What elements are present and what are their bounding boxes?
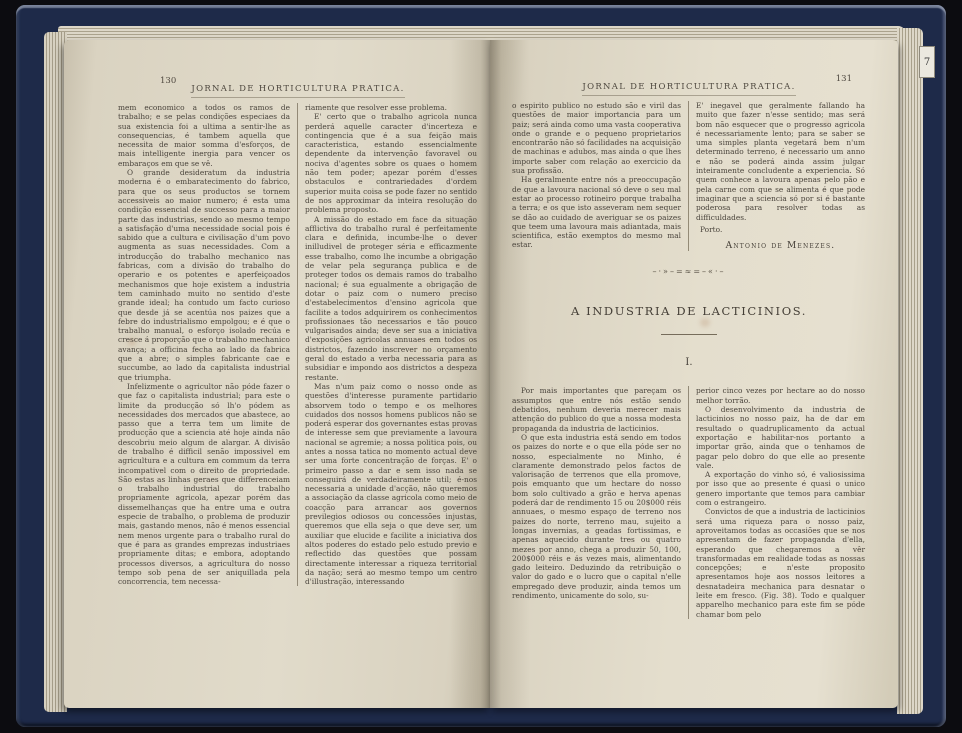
fore-edge-label: 7 [919,46,935,78]
paragraph: o espirito publico no estudo são e viril… [512,101,681,175]
article-1-columns: o espirito publico no estudo são e viril… [512,101,866,251]
paragraph: O desenvolvimento da industria de lactic… [696,405,865,470]
left-page-column-1: mem economico a todos os ramos de trabal… [118,103,290,586]
paragraph: Por mais importantes que pareçam os assu… [512,386,681,432]
article-2-title: A INDUSTRIA DE LACTICINIOS. [512,304,866,318]
paragraph: riamente que resolver esse problema. [305,103,477,112]
article-1-column-2: E' inegavel que geralmente fallando ha m… [696,101,865,251]
right-page-content: JORNAL DE HORTICULTURA PRATICA. 131 o es… [512,74,866,619]
article-1-column-1: o espirito publico no estudo são e viril… [512,101,681,251]
paragraph: Convictos de que a industria de lacticin… [696,507,865,619]
title-rule [661,334,717,335]
paragraph: perior cinco vezes por hectare ao do nos… [696,386,865,405]
left-page-columns: mem economico a todos os ramos de trabal… [118,103,478,586]
right-page-header: JORNAL DE HORTICULTURA PRATICA. 131 [512,74,866,92]
article-2-column-1: Por mais importantes que pareçam os assu… [512,386,681,618]
paragraph: E' certo que o trabalho agricola nunca p… [305,112,477,214]
article-2-column-2: perior cinco vezes por hectare ao do nos… [696,386,865,618]
paragraph: E' inegavel que geralmente fallando ha m… [696,101,865,222]
paragraph: Mas n'um paiz como o nosso onde as quest… [305,382,477,587]
left-page-column-2: riamente que resolver esse problema. E' … [305,103,477,586]
paragraph: O que esta industria está sendo em todos… [512,433,681,600]
section-numeral: I. [512,357,866,368]
paragraph: A exportação do vinho só, é valiosissima… [696,470,865,507]
column-divider-rule [297,103,298,586]
right-running-title: JORNAL DE HORTICULTURA PRATICA. [582,82,795,96]
paragraph: A missão do estado em face da situação a… [305,215,477,382]
paragraph: O grande desideratum da industria modern… [118,168,290,382]
left-page-content: 130 JORNAL DE HORTICULTURA PRATICA. mem … [118,76,478,586]
paragraph: Ha geralmente entre nós a preoccupação d… [512,175,681,249]
left-running-title: JORNAL DE HORTICULTURA PRATICA. [191,84,404,98]
section-divider-ornament: –·»–=≈=–«·– [512,267,866,276]
signature-name: Antonio de Menezes. [696,242,865,251]
paragraph: mem economico a todos os ramos de trabal… [118,103,290,168]
signature-place: Porto. [696,225,865,234]
article-2-columns: Por mais importantes que pareçam os assu… [512,386,866,618]
left-page-header: 130 JORNAL DE HORTICULTURA PRATICA. [118,76,478,94]
right-page-number: 131 [836,74,852,84]
book-photo: 7 130 JORNAL DE HORTICULTURA PRATICA. me… [0,0,962,733]
paragraph: Infelizmente o agricultor não póde fazer… [118,382,290,587]
left-page-number: 130 [160,76,176,86]
column-divider-rule [688,386,689,618]
page-stack-right-edge [897,28,923,714]
column-divider-rule [688,101,689,251]
